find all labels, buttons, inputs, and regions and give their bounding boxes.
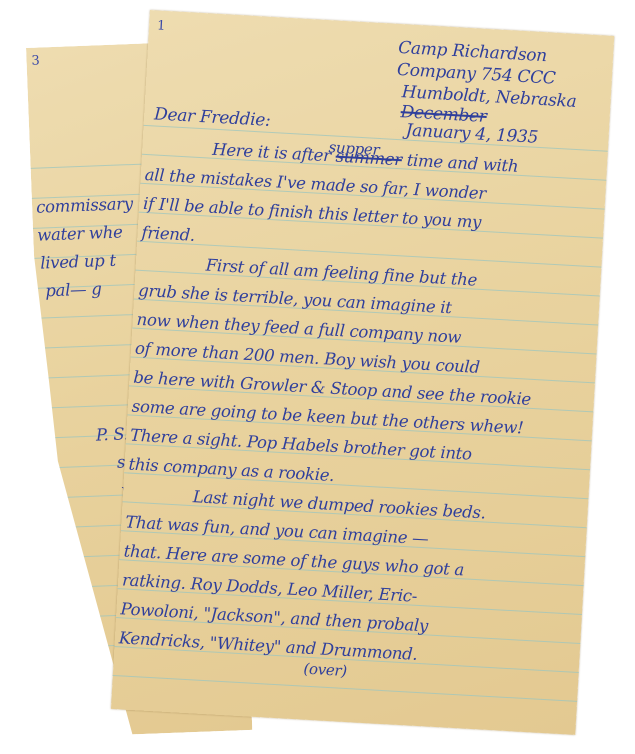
back-line: water whe xyxy=(37,222,123,244)
back-line: commissary xyxy=(36,194,133,217)
header-date: January 4, 1935 xyxy=(405,120,538,147)
letter-header: Camp Richardson Company 754 CCC Humboldt… xyxy=(150,10,614,36)
back-line: pal— g xyxy=(45,279,102,300)
struck-word: summer xyxy=(335,147,402,170)
over-note: (over) xyxy=(303,660,347,680)
letter-page-1: 1 Camp Richardson Company 754 CCC Humbol… xyxy=(111,10,614,735)
letter-line: That was fun, and you can imagine — xyxy=(125,512,429,548)
letter-line: Last night we dumped rookies beds. xyxy=(192,487,486,522)
page-number: 1 xyxy=(157,18,166,33)
letter-line: First of all am feeling fine but the xyxy=(205,256,477,290)
page-number: 3 xyxy=(31,53,40,68)
letter-line: ratking. Roy Dodds, Leo Miller, Eric- xyxy=(122,570,418,605)
back-line: lived up t xyxy=(40,251,116,273)
letter-line: friend. xyxy=(141,223,195,245)
letter-line: Kendricks, "Whitey" and Drummond. xyxy=(118,628,418,664)
letter-line: this company as a rookie. xyxy=(128,455,335,485)
